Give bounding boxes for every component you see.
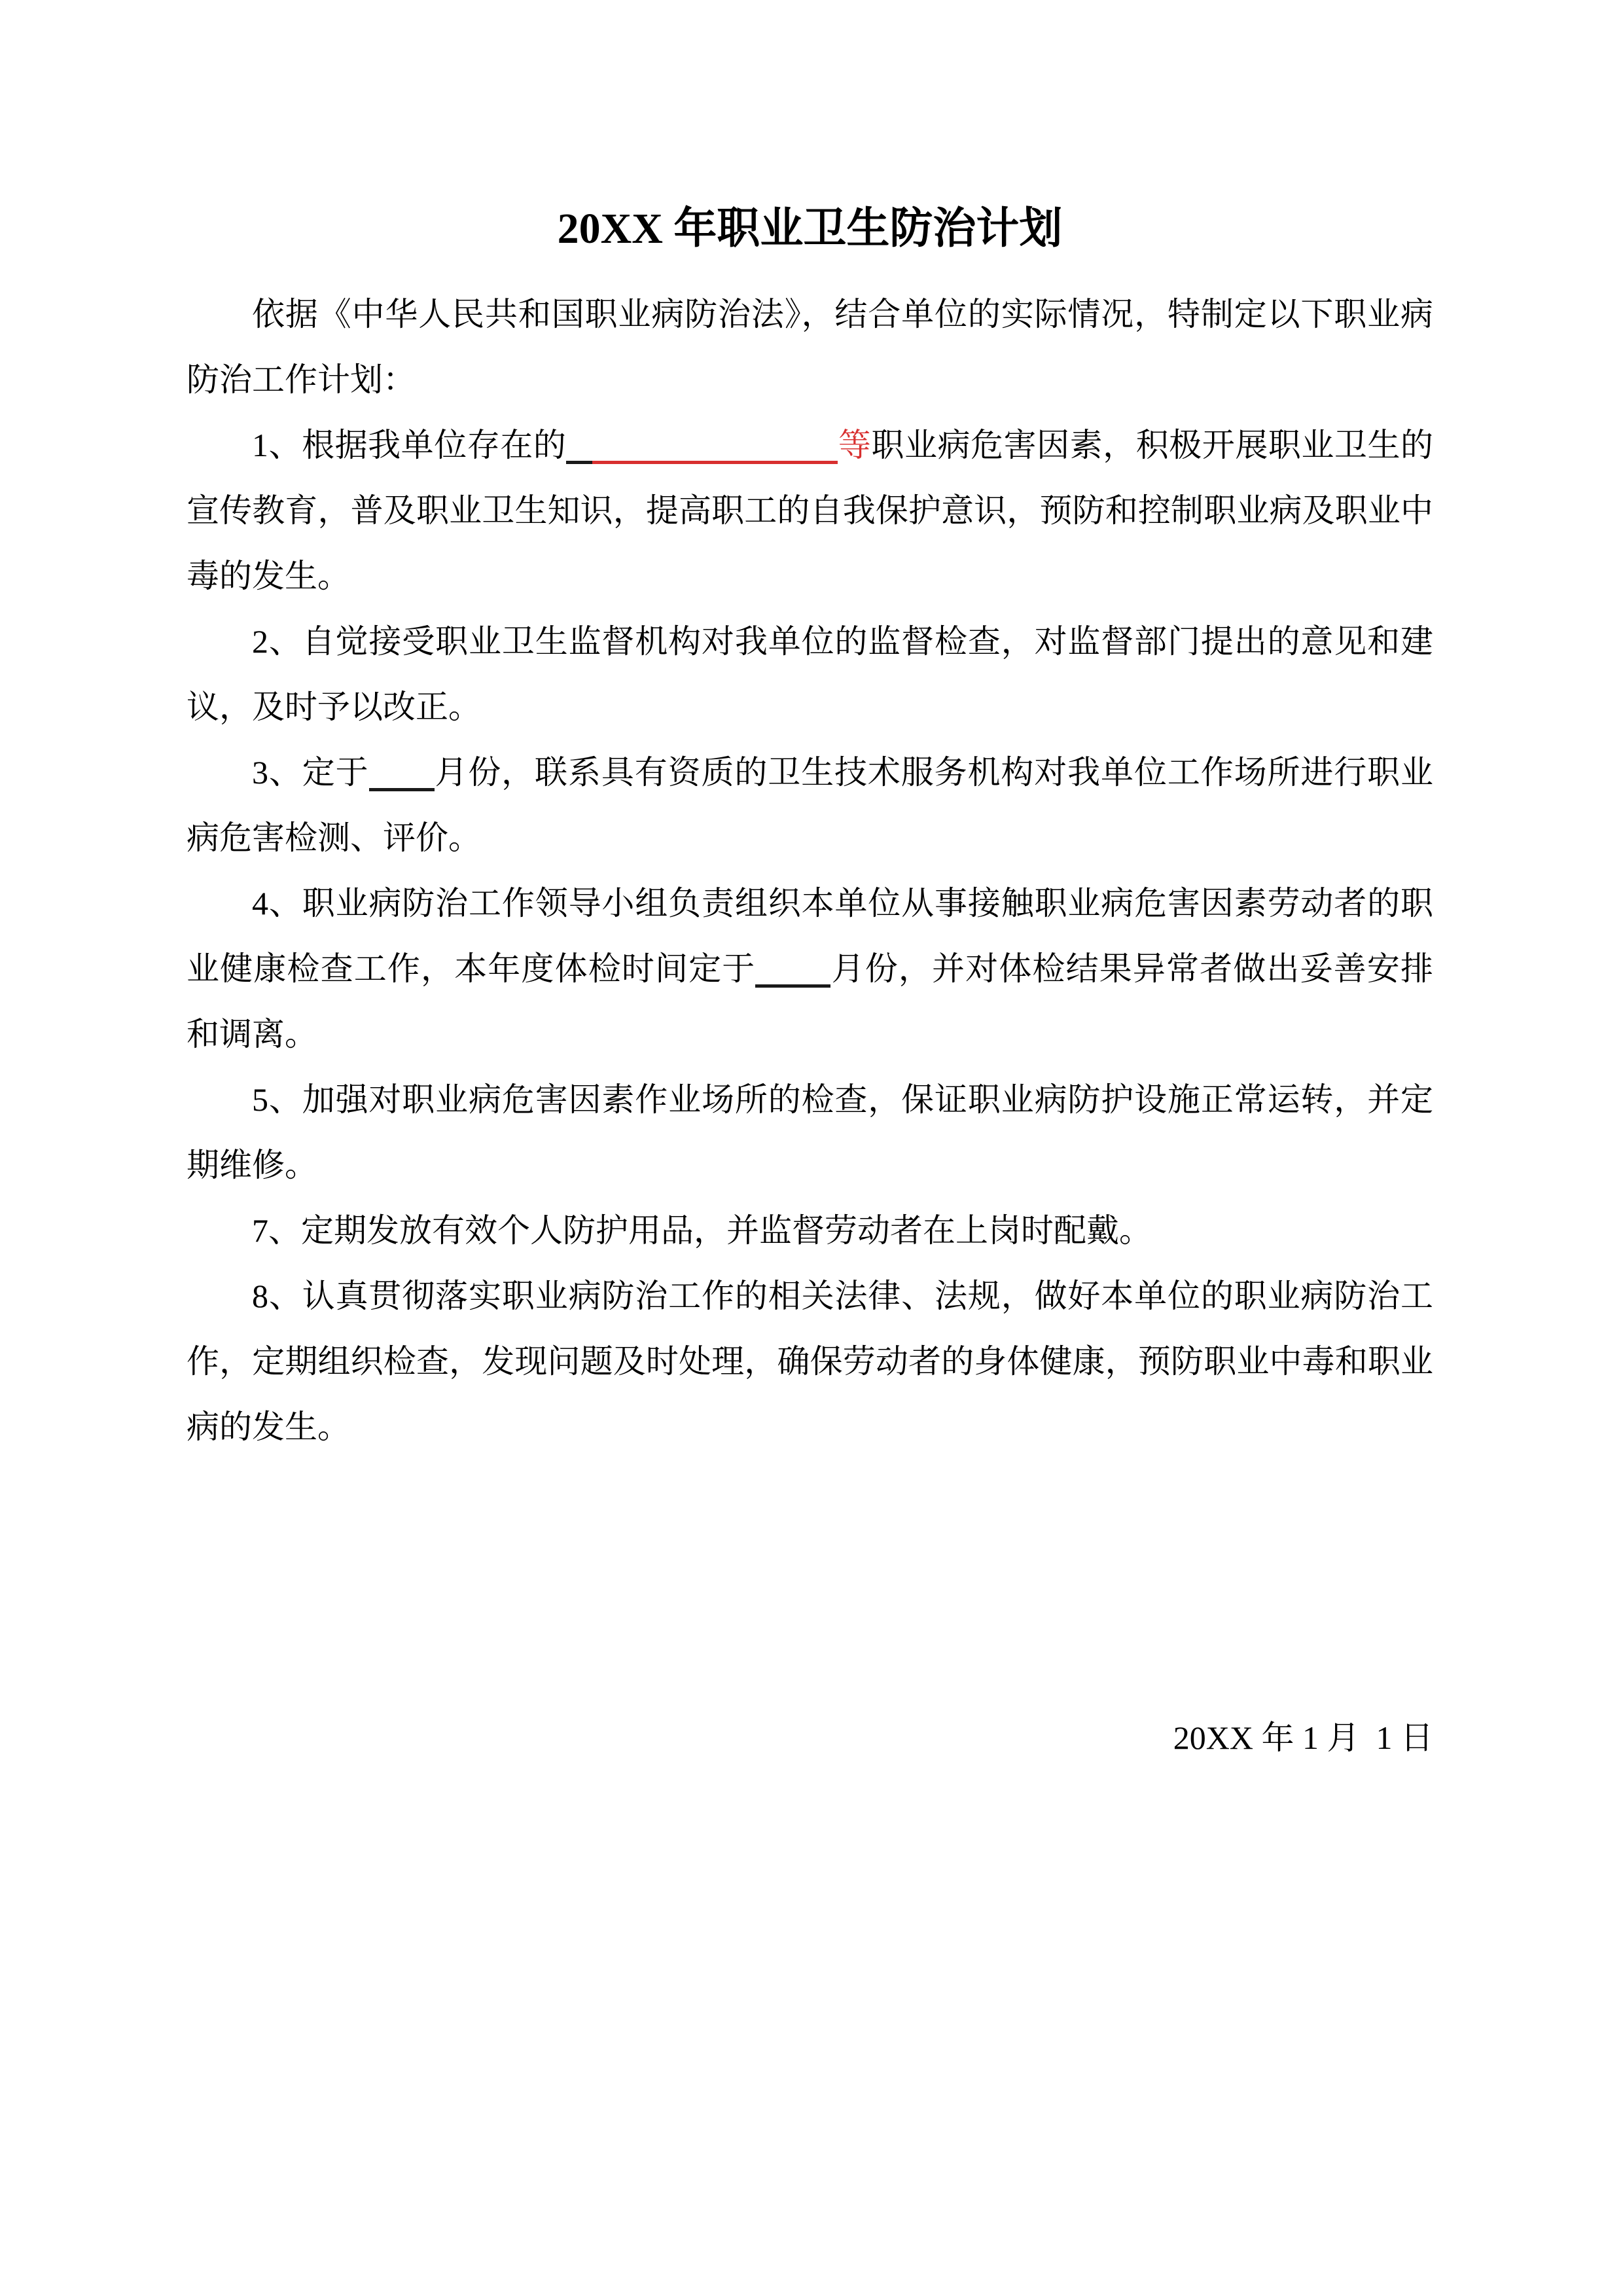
paragraph: 4、职业病防治工作领导小组负责组织本单位从事接触职业病危害因素劳动者的职业健康检… (187, 870, 1433, 1067)
fill-in-blank (566, 461, 592, 464)
document-content: 20XX 年职业卫生防治计划 依据《中华人民共和国职业病防治法》，结合单位的实际… (187, 196, 1433, 1770)
text-run: 月份，联系具有资质的卫生技术服务机构对我单位工作场所进行职业病危害检测、评价。 (187, 754, 1433, 856)
red-text-run: 等 (838, 427, 871, 463)
paragraph: 3、定于月份，联系具有资质的卫生技术服务机构对我单位工作场所进行职业病危害检测、… (187, 740, 1433, 870)
paragraph: 5、加强对职业病危害因素作业场所的检查，保证职业病防护设施正常运转，并定期维修。 (187, 1067, 1433, 1198)
fill-in-blank (755, 984, 830, 988)
fill-in-blank (369, 788, 435, 791)
text-run: 3、定于 (252, 754, 369, 791)
paragraph: 7、定期发放有效个人防护用品，并监督劳动者在上岗时配戴。 (187, 1198, 1433, 1263)
paragraph: 依据《中华人民共和国职业病防治法》，结合单位的实际情况，特制定以下职业病防治工作… (187, 281, 1433, 412)
text-run: 7、定期发放有效个人防护用品，并监督劳动者在上岗时配戴。 (252, 1212, 1152, 1249)
document-title: 20XX 年职业卫生防治计划 (187, 196, 1433, 262)
paragraph: 2、自觉接受职业卫生监督机构对我单位的监督检查，对监督部门提出的意见和建议，及时… (187, 609, 1433, 740)
text-run: 1、根据我单位存在的 (252, 427, 566, 463)
fill-in-blank (592, 461, 838, 464)
text-run: 8、认真贯彻落实职业病防治工作的相关法律、法规，做好本单位的职业病防治工作，定期… (187, 1278, 1433, 1445)
text-run: 依据《中华人民共和国职业病防治法》，结合单位的实际情况，特制定以下职业病防治工作… (187, 296, 1433, 398)
text-run: 2、自觉接受职业卫生监督机构对我单位的监督检查，对监督部门提出的意见和建议，及时… (187, 623, 1433, 725)
text-run: 5、加强对职业病危害因素作业场所的检查，保证职业病防护设施正常运转，并定期维修。 (187, 1081, 1433, 1183)
paragraph: 8、认真贯彻落实职业病防治工作的相关法律、法规，做好本单位的职业病防治工作，定期… (187, 1263, 1433, 1460)
document-body: 依据《中华人民共和国职业病防治法》，结合单位的实际情况，特制定以下职业病防治工作… (187, 281, 1433, 1460)
paragraph: 1、根据我单位存在的等职业病危害因素，积极开展职业卫生的宣传教育，普及职业卫生知… (187, 412, 1433, 609)
document-page: 20XX 年职业卫生防治计划 依据《中华人民共和国职业病防治法》，结合单位的实际… (0, 0, 1623, 2296)
document-date: 20XX 年 1 月 1 日 (187, 1705, 1433, 1770)
